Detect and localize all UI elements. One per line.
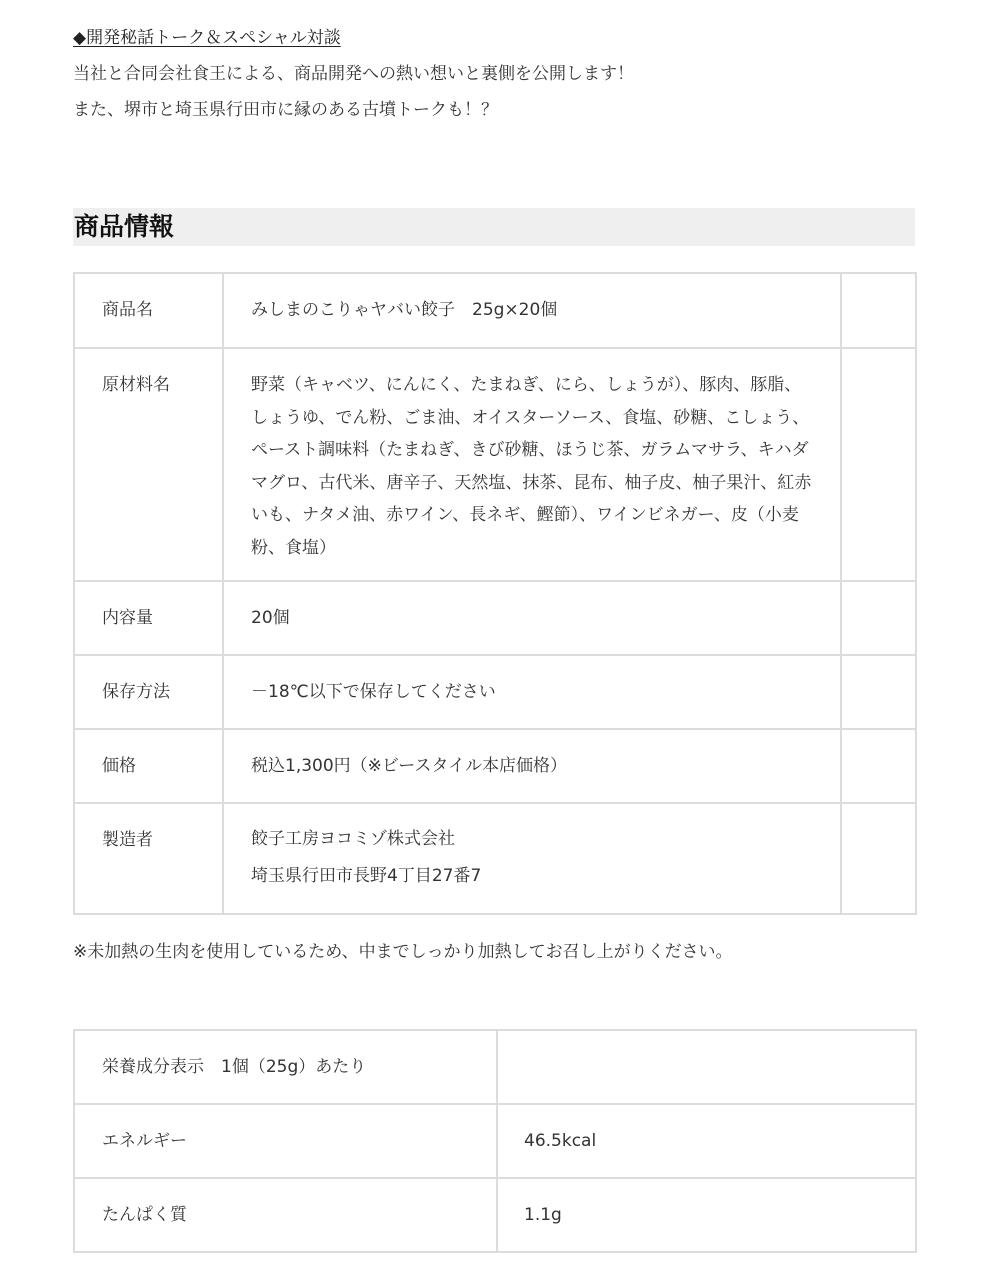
nutrition-value: 1.1g bbox=[497, 1178, 916, 1252]
table-row-price: 価格 税込1,300円（※ビースタイル本店価格） bbox=[74, 729, 916, 803]
table-row-storage: 保存方法 －18℃以下で保存してください bbox=[74, 655, 916, 729]
empty-cell bbox=[841, 655, 916, 729]
nutrition-header-label: 栄養成分表示 1個（25g）あたり bbox=[74, 1030, 497, 1104]
row-value: 20個 bbox=[223, 581, 841, 655]
row-label: 原材料名 bbox=[74, 348, 223, 581]
table-row-ingredients: 原材料名 野菜（キャベツ、にんにく、たまねぎ、にら、しょうが）、豚肉、豚脂、しょ… bbox=[74, 348, 916, 581]
manufacturer-name: 餃子工房ヨコミゾ株式会社 bbox=[251, 821, 814, 858]
row-value: 税込1,300円（※ビースタイル本店価格） bbox=[223, 729, 841, 803]
table-row-quantity: 内容量 20個 bbox=[74, 581, 916, 655]
row-value: －18℃以下で保存してください bbox=[223, 655, 841, 729]
row-label: 製造者 bbox=[74, 803, 223, 914]
empty-cell bbox=[841, 581, 916, 655]
row-label: 内容量 bbox=[74, 581, 223, 655]
nutrition-header-value bbox=[497, 1030, 916, 1104]
row-label: 商品名 bbox=[74, 273, 223, 348]
nutrition-value: 46.5kcal bbox=[497, 1104, 916, 1178]
empty-cell bbox=[841, 348, 916, 581]
nutrition-label: エネルギー bbox=[74, 1104, 497, 1178]
table-row-product-name: 商品名 みしまのこりゃヤバい餃子 25g×20個 bbox=[74, 273, 916, 348]
row-label: 保存方法 bbox=[74, 655, 223, 729]
nutrition-header-row: 栄養成分表示 1個（25g）あたり bbox=[74, 1030, 916, 1104]
dev-talk-link[interactable]: ◆開発秘話トーク＆スペシャル対談 bbox=[73, 26, 341, 50]
intro-text-line-1: 当社と合同会社食王による、商品開発への熱い想いと裏側を公開します！ bbox=[73, 62, 634, 86]
empty-cell bbox=[841, 729, 916, 803]
empty-cell bbox=[841, 273, 916, 348]
empty-cell bbox=[841, 803, 916, 914]
cooking-note: ※未加熱の生肉を使用しているため、中までしっかり加熱してお召し上がりください。 bbox=[73, 940, 733, 964]
nutrition-label: たんぱく質 bbox=[74, 1178, 497, 1252]
table-row-manufacturer: 製造者 餃子工房ヨコミゾ株式会社 埼玉県行田市長野4丁目27番7 bbox=[74, 803, 916, 914]
table-row-energy: エネルギー 46.5kcal bbox=[74, 1104, 916, 1178]
intro-text-line-2: また、堺市と埼玉県行田市に縁のある古墳トークも！？ bbox=[73, 98, 498, 122]
row-value: 野菜（キャベツ、にんにく、たまねぎ、にら、しょうが）、豚肉、豚脂、しょうゆ、でん… bbox=[223, 348, 841, 581]
manufacturer-address: 埼玉県行田市長野4丁目27番7 bbox=[251, 858, 814, 895]
row-label: 価格 bbox=[74, 729, 223, 803]
product-info-table: 商品名 みしまのこりゃヤバい餃子 25g×20個 原材料名 野菜（キャベツ、にん… bbox=[73, 272, 917, 915]
table-row-protein: たんぱく質 1.1g bbox=[74, 1178, 916, 1252]
section-heading-product-info: 商品情報 bbox=[73, 208, 915, 246]
row-value: みしまのこりゃヤバい餃子 25g×20個 bbox=[223, 273, 841, 348]
row-value: 餃子工房ヨコミゾ株式会社 埼玉県行田市長野4丁目27番7 bbox=[223, 803, 841, 914]
nutrition-table: 栄養成分表示 1個（25g）あたり エネルギー 46.5kcal たんぱく質 1… bbox=[73, 1029, 917, 1253]
